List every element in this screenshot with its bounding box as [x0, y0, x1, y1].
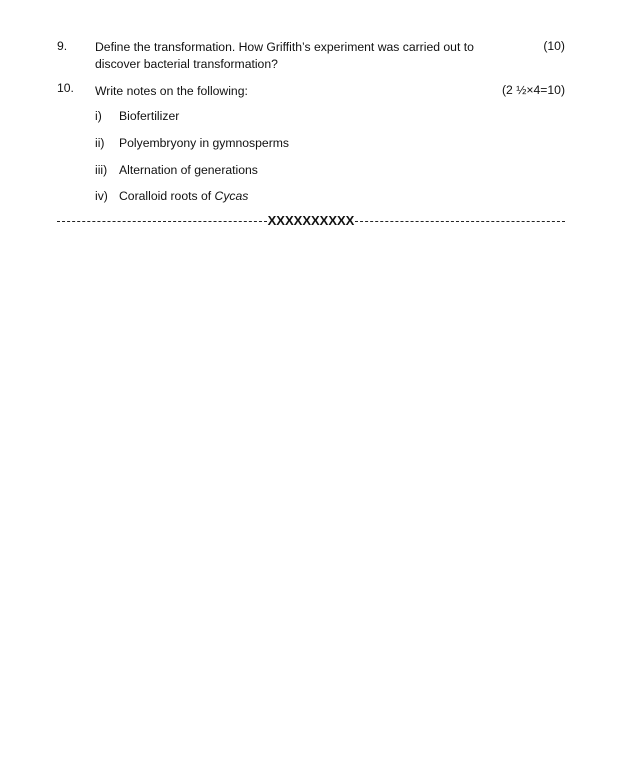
question-number: 9. — [57, 39, 67, 53]
dashed-rule-left — [57, 221, 267, 222]
sub-question-label: iv) — [95, 189, 108, 203]
end-separator: XXXXXXXXXX — [57, 212, 565, 228]
question-text: Write notes on the following: — [95, 83, 495, 100]
sub-question-label: i) — [95, 109, 102, 123]
question-marks: (2 ½×4=10) — [502, 83, 565, 97]
sub-question-text-wrap: Coralloid roots of Cycas — [119, 189, 248, 203]
sub-question-label: iii) — [95, 163, 107, 177]
sub-question-text: Coralloid roots of — [119, 189, 215, 203]
sub-question-text: Alternation of generations — [119, 163, 258, 177]
question-marks: (10) — [543, 39, 565, 53]
sub-question-label: ii) — [95, 136, 104, 150]
sub-question-text: Biofertilizer — [119, 109, 179, 123]
italic-genus-name: Cycas — [215, 189, 249, 203]
end-marker: XXXXXXXXXX — [267, 213, 356, 228]
dashed-rule-right — [355, 221, 565, 222]
question-text: Define the transformation. How Griffith’… — [95, 39, 495, 73]
question-number: 10. — [57, 81, 74, 95]
sub-question-text: Polyembryony in gymnosperms — [119, 136, 289, 150]
